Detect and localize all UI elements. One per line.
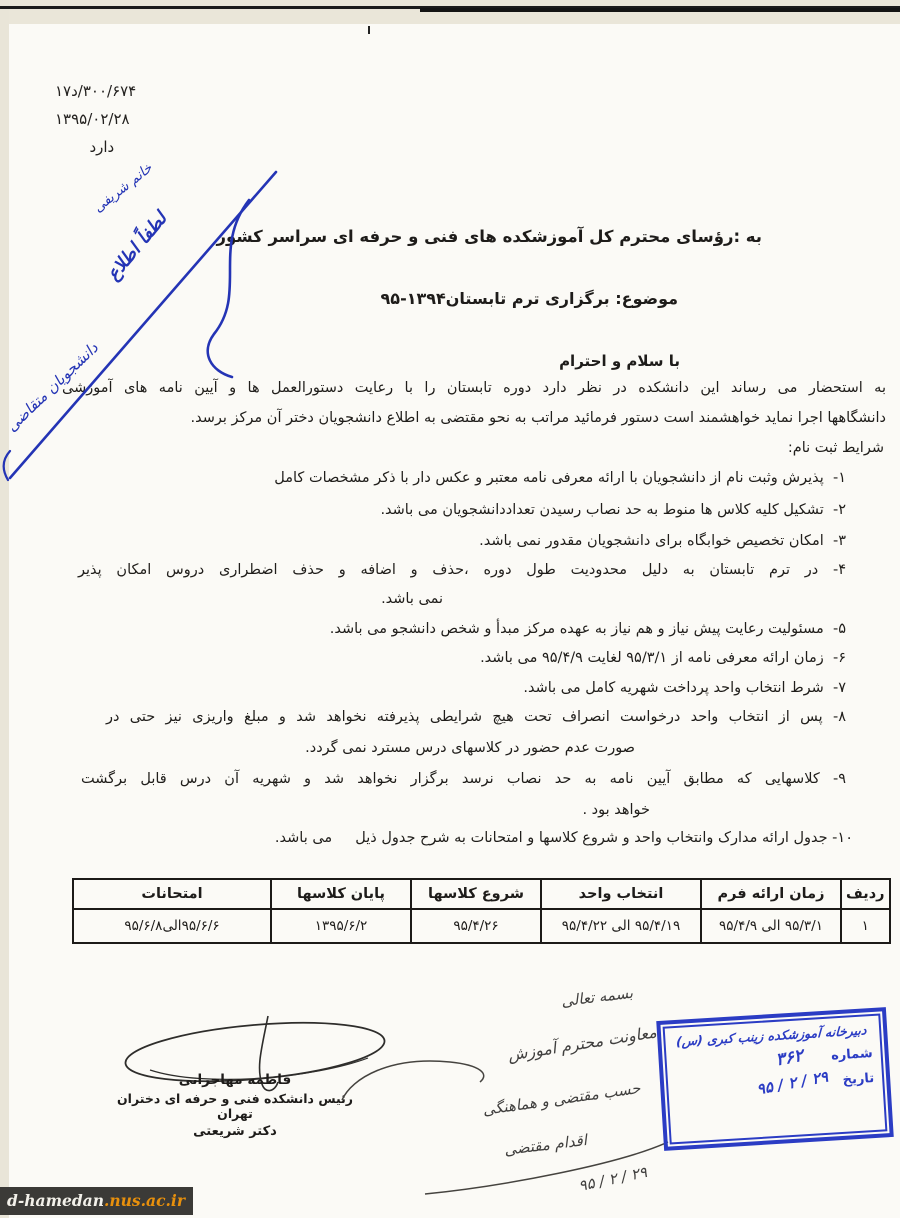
condition-item-7: ۷- شرط انتخاب واحد پرداخت شهریه کامل می … (523, 677, 846, 699)
blue-ink-annotation: خانم شریفی لطفاً اطلاع دانشجویان متقاضی (0, 148, 300, 493)
table-header-cell: ردیف (841, 879, 890, 909)
ref-number: ۱۷د/۳۰۰/۶۷۴ (55, 82, 136, 100)
terms-title: شرایط ثبت نام: (788, 437, 884, 459)
condition-item-5: ۵- مسئولیت رعایت پیش نیاز و هم نیاز به ع… (330, 618, 846, 640)
scanned-letter-page: ۱۷د/۳۰۰/۶۷۴ ۱۳۹۵/۰۲/۲۸ دارد خانم شریفی ل… (0, 0, 900, 1218)
condition-item-8: ۸- پس از انتخاب واحد درخواست انصراف تحت … (106, 706, 846, 728)
site-domain: .nus.ac.ir (104, 1191, 185, 1210)
table-data-row: ۱ ۹۵/۳/۱ الی ۹۵/۴/۹ ۹۵/۴/۱۹ الی ۹۵/۴/۲۲ … (73, 909, 890, 943)
condition-item-6: ۶- زمان ارائه معرفی نامه از ۹۵/۳/۱ لغایت… (480, 647, 846, 669)
table-data-cell: ۹۵/۴/۲۶ (411, 909, 541, 943)
table-data-cell: ۹۵/۴/۱۹ الی ۹۵/۴/۲۲ (541, 909, 701, 943)
condition-item-9: ۹- کلاسهایی که مطابق آیین نامه به حد نصا… (81, 768, 846, 790)
schedule-table: ردیف زمان ارائه فرم انتخاب واحد شروع کلا… (72, 878, 891, 944)
condition-item-3: ۳- امکان تخصیص خوابگاه برای دانشجویان مق… (479, 530, 846, 552)
scan-artifact-top-line-thick (420, 8, 900, 12)
scan-edge-top (0, 0, 900, 24)
ref-date: ۱۳۹۵/۰۲/۲۸ (55, 110, 136, 128)
stamp-date-row: تاریخ ۹۵ / ۲ / ۲۹ (674, 1069, 875, 1099)
table-header-cell: شروع کلاسها (411, 879, 541, 909)
table-header-cell: انتخاب واحد (541, 879, 701, 909)
condition-item-4: ۴- در ترم تابستان به دلیل محدودیت طول دو… (78, 559, 846, 581)
table-data-cell: ۱۳۹۵/۶/۲ (271, 909, 411, 943)
condition-item-2: ۲- تشکیل کلیه کلاس ها منوط به حد نصاب رس… (380, 499, 846, 521)
blue-diagonal-stroke (0, 148, 300, 493)
handwritten-note: بسمه تعالی معاونت محترم آموزش حسب مقتضی … (330, 982, 675, 1212)
table-header-cell: پایان کلاسها (271, 879, 411, 909)
site-name: d-hamedan (7, 1191, 104, 1210)
letter-subject: موضوع: برگزاری ترم تابستان۱۳۹۴-۹۵ (381, 288, 678, 310)
site-watermark: d-hamedan.nus.ac.ir (0, 1187, 193, 1215)
letter-salutation: با سلام و احترام (559, 350, 680, 372)
table-header-row: ردیف زمان ارائه فرم انتخاب واحد شروع کلا… (73, 879, 890, 909)
table-data-cell: ۱ (841, 909, 890, 943)
table-data-cell: ۹۵/۶/۶الی۹۵/۶/۸ (73, 909, 271, 943)
table-data-cell: ۹۵/۳/۱ الی ۹۵/۴/۹ (701, 909, 841, 943)
registry-stamp: دبیرخانه آموزشکده زینب کبری (س) شماره ۳۶… (656, 1007, 894, 1151)
condition-item-9-cont: خواهد بود . (582, 799, 650, 821)
condition-item-8-cont: صورت عدم حضور در کلاسهای درس مسترد نمی گ… (305, 737, 635, 759)
table-header-cell: زمان ارائه فرم (701, 879, 841, 909)
stamp-date-value: ۹۵ / ۲ / ۲۹ (756, 1068, 830, 1099)
stamp-date-label: تاریخ (842, 1070, 874, 1087)
scan-artifact-tick (368, 26, 370, 34)
condition-item-10: ۱۰- جدول ارائه مدارک وانتخاب واحد و شروع… (275, 827, 853, 849)
stamp-number-value: ۳۶۲ (774, 1046, 805, 1071)
condition-item-4-cont: نمی باشد. (381, 588, 443, 610)
condition-item-1: ۱- پذیرش وثبت نام از دانشجویان با ارائه … (274, 467, 846, 489)
table-header-cell: امتحانات (73, 879, 271, 909)
stamp-inner-border: دبیرخانه آموزشکده زینب کبری (س) شماره ۳۶… (663, 1013, 888, 1144)
stamp-number-label: شماره (831, 1046, 873, 1064)
